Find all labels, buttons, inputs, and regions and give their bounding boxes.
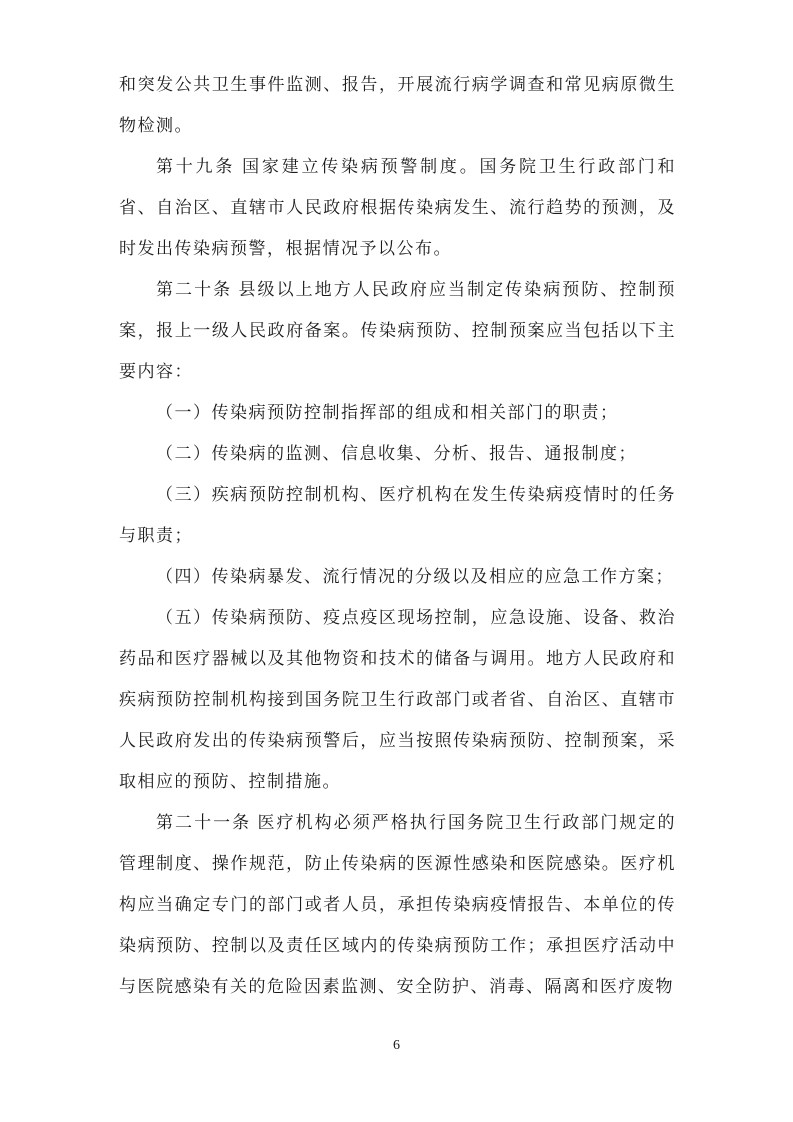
- paragraph-article-20: 第二十条 县级以上地方人民政府应当制定传染病预防、控制预案，报上一级人民政府备案…: [119, 269, 676, 392]
- paragraph-item-3: （三）疾病预防控制机构、医疗机构在发生传染病疫情时的任务与职责；: [119, 474, 676, 556]
- paragraph-item-1: （一）传染病预防控制指挥部的组成和相关部门的职责；: [119, 392, 676, 433]
- paragraph-item-5: （五）传染病预防、疫点疫区现场控制，应急设施、设备、救治药品和医疗器械以及其他物…: [119, 597, 676, 802]
- document-body: 和突发公共卫生事件监测、报告，开展流行病学调查和常见病原微生物检测。 第十九条 …: [119, 64, 676, 1007]
- page-number: 6: [0, 1036, 793, 1056]
- paragraph-article-21: 第二十一条 医疗机构必须严格执行国务院卫生行政部门规定的管理制度、操作规范，防止…: [119, 802, 676, 1007]
- paragraph-item-2: （二）传染病的监测、信息收集、分析、报告、通报制度；: [119, 433, 676, 474]
- paragraph-article-19: 第十九条 国家建立传染病预警制度。国务院卫生行政部门和省、自治区、直辖市人民政府…: [119, 146, 676, 269]
- document-page: 和突发公共卫生事件监测、报告，开展流行病学调查和常见病原微生物检测。 第十九条 …: [0, 0, 793, 1122]
- paragraph-item-4: （四）传染病暴发、流行情况的分级以及相应的应急工作方案；: [119, 556, 676, 597]
- paragraph-continuation: 和突发公共卫生事件监测、报告，开展流行病学调查和常见病原微生物检测。: [119, 64, 676, 146]
